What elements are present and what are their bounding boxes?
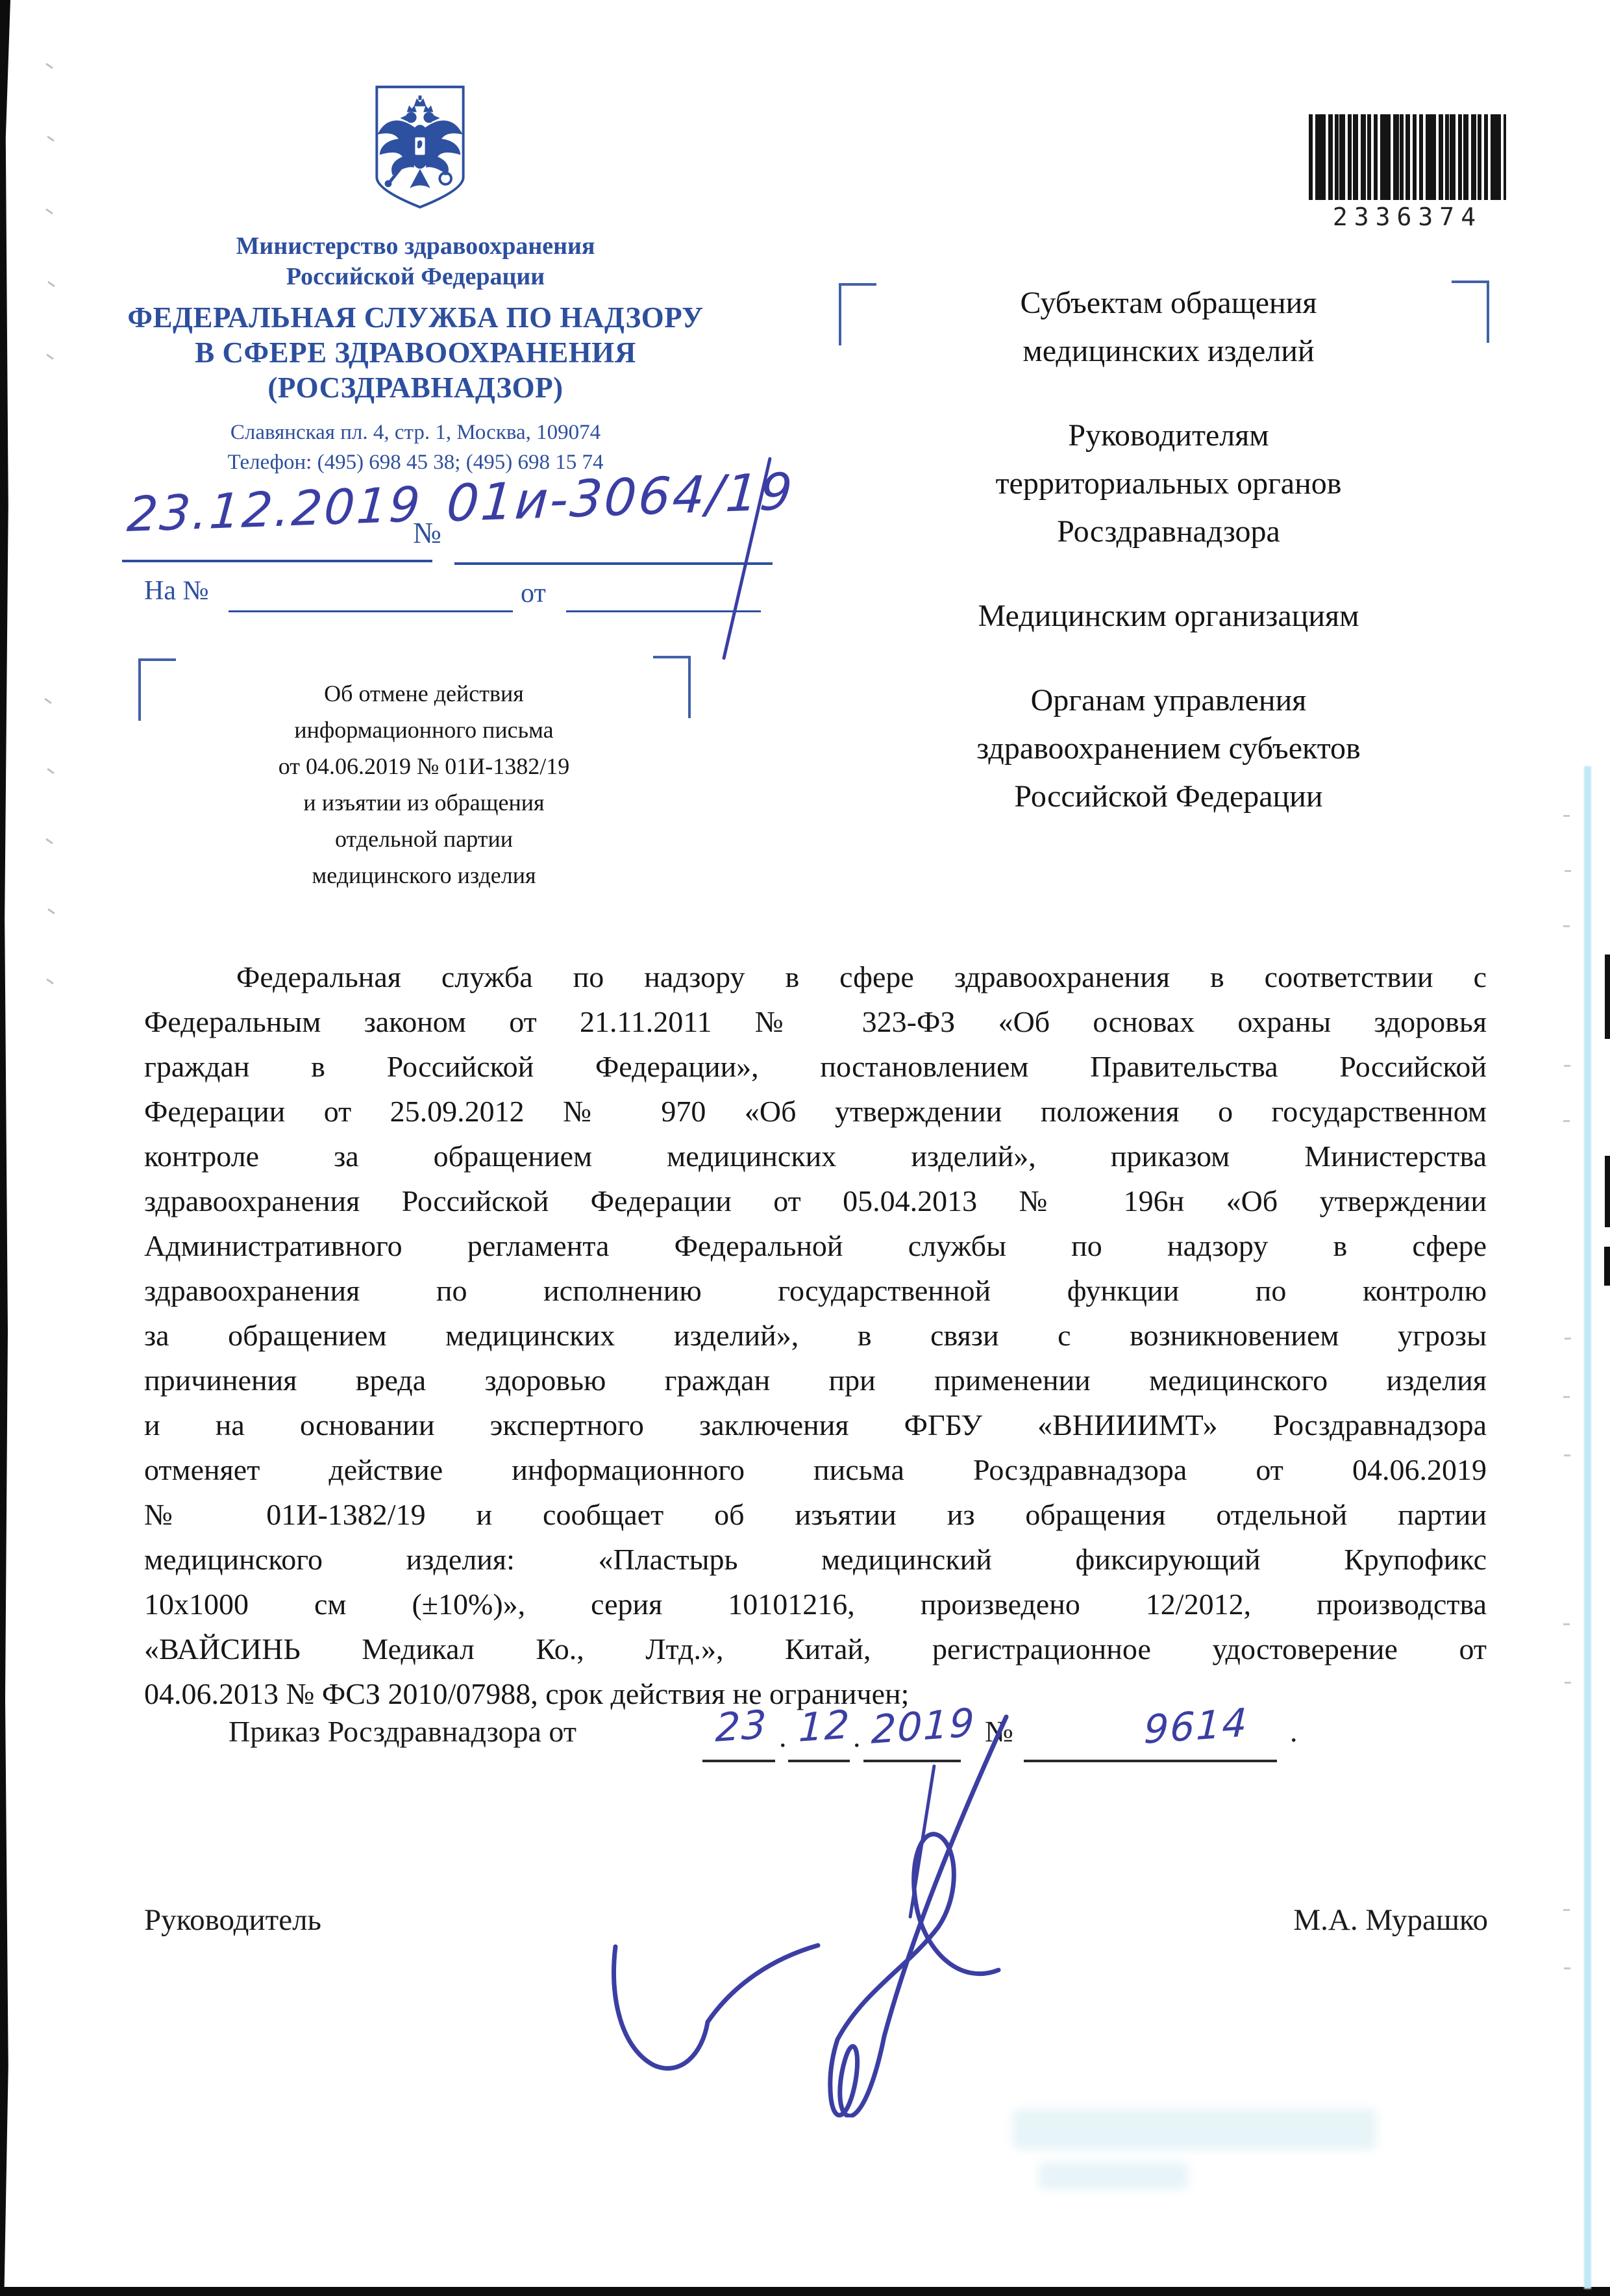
recipient-item: Субъектам обращения медицинских изделий bbox=[844, 279, 1493, 375]
faint-stamp-smudge bbox=[1013, 2109, 1376, 2149]
body-line: и на основании экспертного заключения ФГ… bbox=[144, 1403, 1487, 1447]
signer-name: М.А. Мурашко bbox=[1272, 1903, 1488, 1938]
handwritten-order-number: 9614 bbox=[1143, 1700, 1249, 1753]
scan-artifact-tick bbox=[1565, 870, 1571, 872]
scanned-letter-page: Министерство здравоохранения Российской … bbox=[0, 0, 1610, 2296]
faint-stamp-smudge bbox=[1039, 2162, 1188, 2190]
letter-subject: Об отмене действия информационного письм… bbox=[159, 675, 689, 893]
letter-body: Федеральная служба по надзору в сфере зд… bbox=[144, 955, 1487, 1716]
body-line: граждан в Российской Федерации», постано… bbox=[144, 1044, 1487, 1089]
scan-artifact-tick bbox=[47, 281, 55, 287]
reply-date-label: от bbox=[521, 578, 546, 609]
russia-coat-of-arms-emblem bbox=[369, 83, 471, 210]
recipient-item: Руководителям территориальных органов Ро… bbox=[844, 412, 1493, 556]
barcode-number: 2336374 bbox=[1309, 203, 1506, 231]
scan-artifact-tick bbox=[1564, 1454, 1570, 1456]
scan-artifact bbox=[1605, 955, 1610, 1039]
signer-position-title: Руководитель bbox=[144, 1903, 321, 1938]
scan-edge-cyan-band bbox=[1584, 766, 1591, 2289]
body-line: причинения вреда здоровью граждан при пр… bbox=[144, 1358, 1487, 1403]
body-line: Федеральная служба по надзору в сфере зд… bbox=[144, 955, 1487, 999]
order-number-underline bbox=[1024, 1760, 1277, 1762]
reg-number-underline bbox=[454, 562, 773, 565]
body-line: отменяет действие информационного письма… bbox=[144, 1447, 1487, 1492]
scan-artifact-tick bbox=[1565, 1338, 1571, 1340]
scan-artifact-tick bbox=[1565, 1682, 1571, 1684]
body-line: Административного регламента Федеральной… bbox=[144, 1223, 1487, 1268]
scan-artifact-tick bbox=[45, 208, 53, 214]
body-line: № 01И-1382/19 и сообщает об изъятии из о… bbox=[144, 1492, 1487, 1537]
scan-artifact bbox=[1604, 1247, 1610, 1286]
body-line: контроле за обращением медицинских издел… bbox=[144, 1134, 1487, 1179]
body-line: здравоохранения по исполнению государств… bbox=[144, 1268, 1487, 1313]
recipient-item: Органам управления здравоохранением субъ… bbox=[844, 677, 1493, 821]
order-line-period: . bbox=[1290, 1714, 1298, 1749]
number-sign: № bbox=[413, 516, 441, 550]
scan-artifact-tick bbox=[47, 908, 55, 914]
handwritten-reg-date: 23.12.2019 bbox=[125, 477, 423, 543]
scan-artifact-tick bbox=[1563, 1909, 1570, 1911]
scan-artifact-tick bbox=[45, 63, 53, 69]
reply-number-label: На № bbox=[144, 575, 209, 606]
scan-artifact-tick bbox=[46, 354, 54, 360]
scan-artifact-tick bbox=[45, 838, 53, 844]
barcode bbox=[1309, 114, 1506, 200]
order-line-prefix: Приказ Росздравнадзора от bbox=[229, 1714, 576, 1749]
body-line: «ВАЙСИНЬ Медикал Ко., Лтд.», Китай, реги… bbox=[144, 1627, 1487, 1671]
scan-edge-bottom bbox=[0, 2287, 1610, 2296]
reg-date-underline bbox=[122, 560, 432, 562]
body-line: за обращением медицинских изделий», в св… bbox=[144, 1313, 1487, 1358]
scan-artifact-tick bbox=[44, 698, 52, 704]
agency-address: Славянская пл. 4, стр. 1, Москва, 109074 bbox=[114, 421, 717, 445]
scan-edge-left bbox=[0, 0, 10, 2296]
reply-number-underline bbox=[229, 610, 513, 612]
scan-artifact-tick bbox=[1563, 815, 1570, 817]
scan-artifact bbox=[1605, 1156, 1610, 1227]
handwritten-reg-number: 01и-3064/19 bbox=[445, 463, 796, 534]
scan-artifact-tick bbox=[47, 768, 55, 774]
body-line: 10х1000 см (±10%)», серия 10101216, прои… bbox=[144, 1582, 1487, 1627]
body-line: медицинского изделия: «Пластырь медицинс… bbox=[144, 1537, 1487, 1582]
reply-date-underline bbox=[566, 610, 761, 612]
scan-artifact-tick bbox=[46, 979, 54, 984]
scan-artifact-tick bbox=[1563, 925, 1570, 927]
scan-artifact-tick bbox=[1563, 1120, 1570, 1122]
recipients-block: Субъектам обращения медицинских изделий … bbox=[844, 279, 1493, 857]
body-line: Федеральным законом от 21.11.2011 № 323-… bbox=[144, 999, 1487, 1044]
handwritten-signature bbox=[604, 1712, 1032, 2117]
body-line: здравоохранения Российской Федерации от … bbox=[144, 1179, 1487, 1223]
scan-artifact-tick bbox=[1564, 1065, 1570, 1067]
agency-name: ФЕДЕРАЛЬНАЯ СЛУЖБА ПО НАДЗОРУ В СФЕРЕ ЗД… bbox=[114, 300, 717, 405]
recipient-item: Медицинским организациям bbox=[844, 592, 1493, 640]
scan-artifact-tick bbox=[47, 136, 55, 142]
body-line: Федерации от 25.09.2012 № 970 «Об утверж… bbox=[144, 1089, 1487, 1134]
ministry-name: Министерство здравоохранения Российской … bbox=[114, 231, 717, 292]
scan-artifact-tick bbox=[1563, 1623, 1570, 1625]
scan-artifact-tick bbox=[1564, 1967, 1570, 1969]
scan-artifact-tick bbox=[1563, 1396, 1570, 1398]
